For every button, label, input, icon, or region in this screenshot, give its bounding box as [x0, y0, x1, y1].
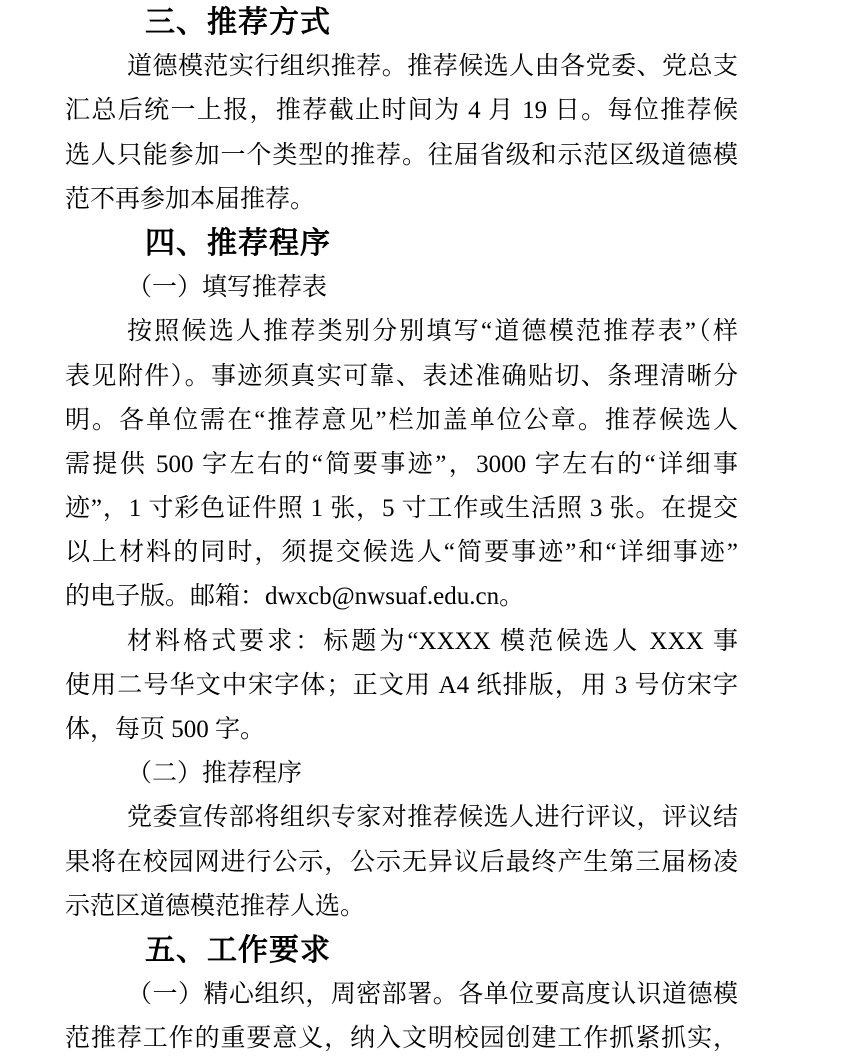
section-3-heading: 三、推荐方式	[65, 1, 738, 45]
text-line: 按照候选人推荐类别分别填写“道德模范推荐表”（样	[65, 310, 738, 354]
text-line: 汇总后统一上报，推荐截止时间为 4 月 19 日。每位推荐候	[65, 89, 738, 133]
section-5-heading: 五、工作要求	[65, 929, 738, 973]
text-line: 道德模范实行组织推荐。推荐候选人由各党委、党总支	[65, 45, 738, 89]
section-4-heading: 四、推荐程序	[65, 222, 738, 266]
text-line: 使用二号华文中宋字体；正文用 A4 纸排版，用 3 号仿宋字	[65, 664, 738, 708]
text-line: 选人只能参加一个类型的推荐。往届省级和示范区级道德模	[65, 134, 738, 178]
text-line: 果将在校园网进行公示，公示无异议后最终产生第三届杨凌	[65, 841, 738, 885]
text-line: 表见附件）。事迹须真实可靠、表述准确贴切、条理清晰分	[65, 355, 738, 399]
text-line: 党委宣传部将组织专家对推荐候选人进行评议，评议结	[65, 796, 738, 840]
subsection-label: （一）填写推荐表	[65, 266, 738, 310]
subsection-label: （二）推荐程序	[65, 752, 738, 796]
text-line: 迹”，1 寸彩色证件照 1 张，5 寸工作或生活照 3 张。在提交	[65, 487, 738, 531]
text-line: 明。各单位需在“推荐意见”栏加盖单位公章。推荐候选人	[65, 399, 738, 443]
text-line: 以上材料的同时，须提交候选人“简要事迹”和“详细事迹”	[65, 531, 738, 575]
document-page: 三、推荐方式 道德模范实行组织推荐。推荐候选人由各党委、党总支 汇总后统一上报，…	[0, 0, 867, 1062]
text-line: 体，每页 500 字。	[65, 708, 738, 752]
text-line-email: 的电子版。邮箱：dwxcb@nwsuaf.edu.cn。	[65, 575, 738, 619]
text-line: （一）精心组织，周密部署。各单位要高度认识道德模	[65, 973, 738, 1017]
text-line: 材料格式要求：标题为“XXXX 模范候选人 XXX 事迹”，	[65, 620, 738, 664]
text-line: 范推荐工作的重要意义，纳入文明校园创建工作抓紧抓实，	[65, 1017, 738, 1061]
text-line: 需提供 500 字左右的“简要事迹”，3000 字左右的“详细事	[65, 443, 738, 487]
text-line: 示范区道德模范推荐人选。	[65, 885, 738, 929]
text-line: 范不再参加本届推荐。	[65, 178, 738, 222]
